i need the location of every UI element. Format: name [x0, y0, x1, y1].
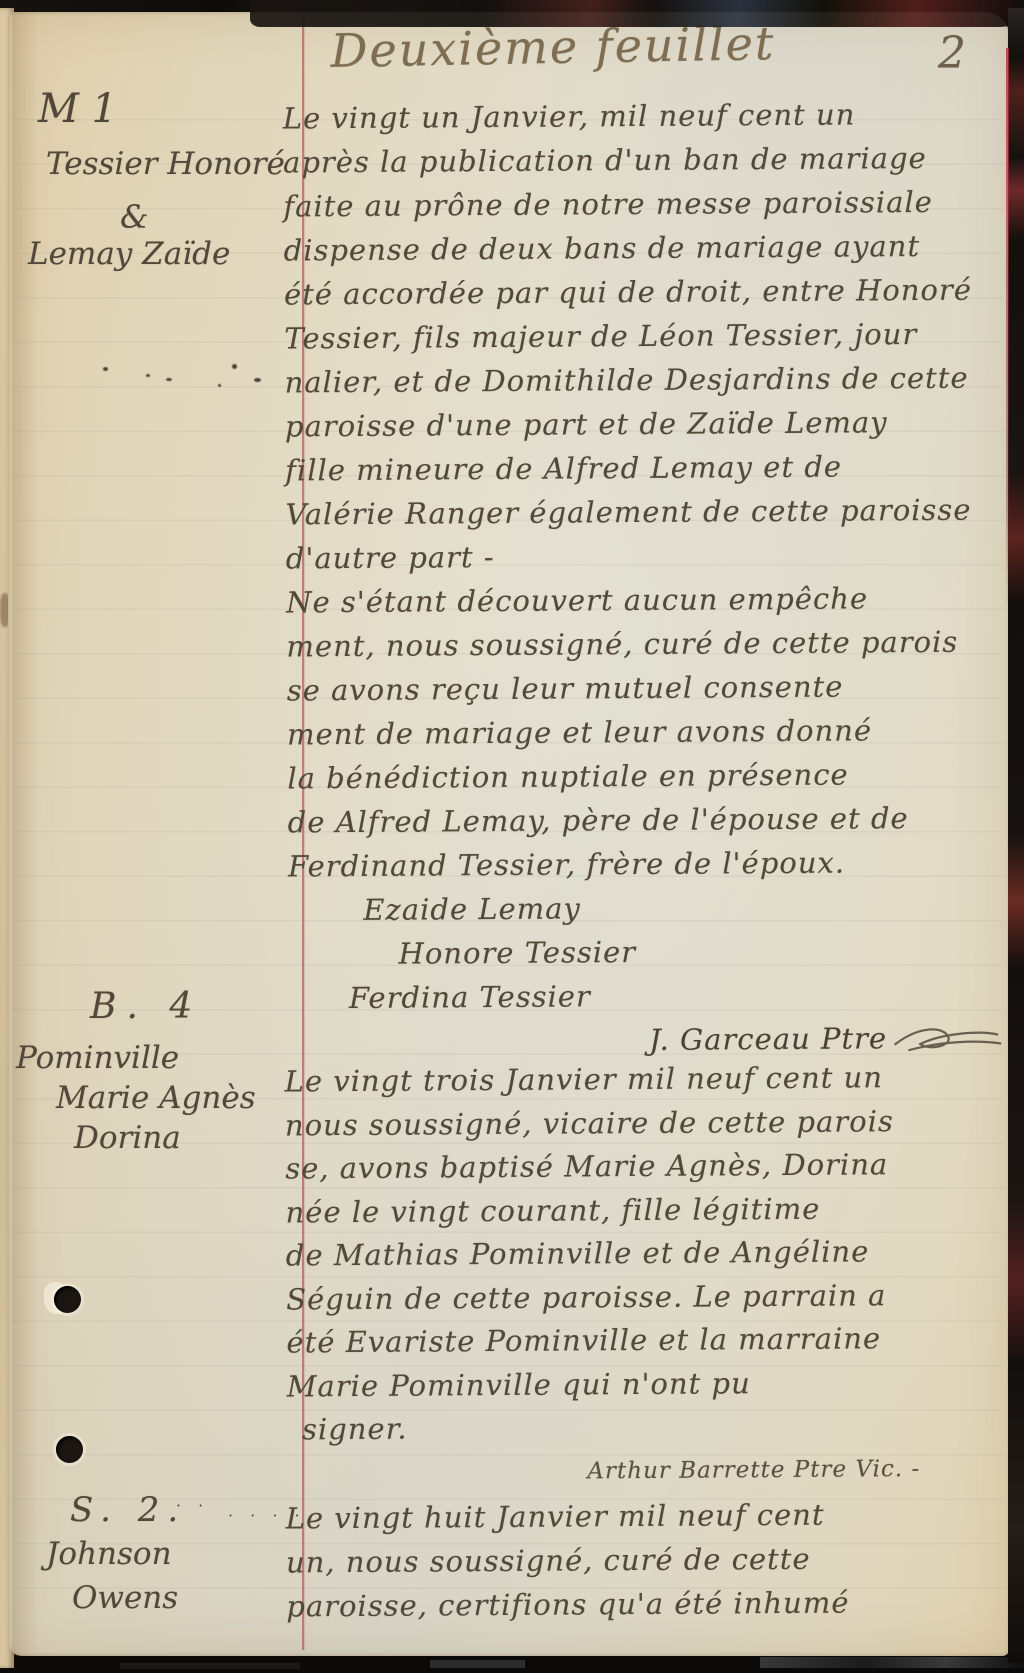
record-line: un, nous soussigné, curé de cette: [286, 1536, 986, 1585]
entry-1-margin-name-groom: Tessier Honoré: [46, 146, 285, 182]
punch-hole-lower: [56, 1436, 83, 1463]
book-binding-top-marbled: [250, 0, 1024, 27]
record-line: se, avons baptisé Marie Agnès, Dorina: [285, 1143, 985, 1191]
record-line: Valérie Ranger également de cette parois…: [285, 488, 985, 537]
entry-2-margin-given-names-2: Dorina: [74, 1120, 181, 1156]
record-line: Tessier, fils majeur de Léon Tessier, jo…: [284, 312, 984, 361]
record-line: se avons reçu leur mutuel consente: [287, 664, 987, 713]
record-line: de Alfred Lemay, père de l'épouse et de: [288, 796, 988, 845]
record-line: ment, nous soussigné, curé de cette paro…: [286, 620, 986, 669]
ink-speck: [254, 378, 261, 382]
record-line: paroisse d'une part et de Zaïde Lemay: [285, 400, 985, 449]
entry-2-margin-given-names: Marie Agnès: [56, 1080, 256, 1116]
record-line: Séguin de cette paroisse. Le parrain a: [286, 1273, 986, 1321]
record-line: dispense de deux bans de mariage ayant: [284, 224, 984, 273]
ink-speck: [146, 374, 150, 377]
record-line: Ferdinand Tessier, frère de l'époux.: [288, 840, 988, 889]
ink-speck: [232, 364, 237, 369]
book-binding-right-marbled: [1008, 8, 1024, 1663]
record-line: fille mineure de Alfred Lemay et de: [285, 444, 985, 493]
record-line: été Evariste Pominville et la marraine: [286, 1317, 986, 1365]
page-number: 2: [938, 28, 966, 79]
ink-speck: [166, 378, 172, 381]
record-line: d'autre part -: [286, 532, 986, 581]
record-line: faite au prône de notre messe paroissial…: [283, 180, 983, 229]
entry-3-margin-code: S. 2.: [70, 1490, 186, 1530]
entry-2-margin-code: B. 4: [90, 986, 202, 1027]
binding-bottom-texture: [760, 1657, 1024, 1668]
entry-2-margin-surname: Pominville: [16, 1040, 179, 1076]
entry-3-margin-given-name: Owens: [72, 1580, 178, 1616]
record-line: été accordée par qui de droit, entre Hon…: [284, 268, 984, 317]
record-line: Le vingt un Janvier, mil neuf cent un: [283, 92, 983, 141]
binding-bottom-texture: [120, 1663, 300, 1669]
record-line: Le vingt trois Janvier mil neuf cent un: [284, 1056, 984, 1104]
ink-dots: · ·: [176, 1496, 209, 1515]
entry-3-record-text: Le vingt huit Janvier mil neuf cent un, …: [286, 1492, 987, 1629]
record-line: signer.: [287, 1404, 987, 1452]
record-line: nalier, et de Domithilde Desjardins de c…: [284, 356, 984, 405]
entry-1-margin-ampersand: &: [120, 198, 148, 236]
record-line: Marie Pominville qui n'ont pu: [287, 1360, 987, 1408]
signature-bride: Ezaide Lemay: [288, 884, 988, 933]
register-page: Deuxième feuillet 2 M 1 Tessier Honoré &…: [8, 12, 1010, 1656]
entry-1-record-text: Le vingt un Janvier, mil neuf cent un ap…: [283, 92, 990, 1065]
ink-speck: [103, 367, 108, 371]
signature-witness: Ferdina Tessier: [289, 972, 989, 1021]
record-line: nous soussigné, vicaire de cette parois: [285, 1099, 985, 1147]
record-line: Le vingt huit Janvier mil neuf cent: [286, 1492, 986, 1541]
ink-speck: [218, 384, 221, 387]
entry-1-margin-code: M 1: [38, 86, 117, 132]
record-line: la bénédiction nuptiale en présence: [287, 752, 987, 801]
record-line: paroisse, certifions qu'a été inhumé: [286, 1580, 986, 1629]
officiant-signature-text: J. Garceau Ptre: [649, 1021, 887, 1057]
register-scan: Deuxième feuillet 2 M 1 Tessier Honoré &…: [0, 0, 1024, 1673]
punch-hole-upper: [54, 1286, 81, 1313]
record-line: après la publication d'un ban de mariage: [283, 136, 983, 185]
record-line: Ne s'étant découvert aucun empêche: [286, 576, 986, 625]
binding-bottom-texture: [430, 1660, 525, 1668]
signature-groom: Honore Tessier: [288, 928, 988, 977]
entry-2-record-text: Le vingt trois Janvier mil neuf cent un …: [284, 1056, 987, 1496]
entry-1-margin-name-bride: Lemay Zaïde: [28, 236, 230, 272]
record-line: de Mathias Pominville et de Angéline: [286, 1230, 986, 1278]
record-line: née le vingt courant, fille légitime: [285, 1186, 985, 1234]
entry-3-margin-surname: Johnson: [46, 1536, 172, 1572]
officiant-signature: Arthur Barrette Ptre Vic. -: [287, 1447, 987, 1495]
record-line: ment de mariage et leur avons donné: [287, 708, 987, 757]
